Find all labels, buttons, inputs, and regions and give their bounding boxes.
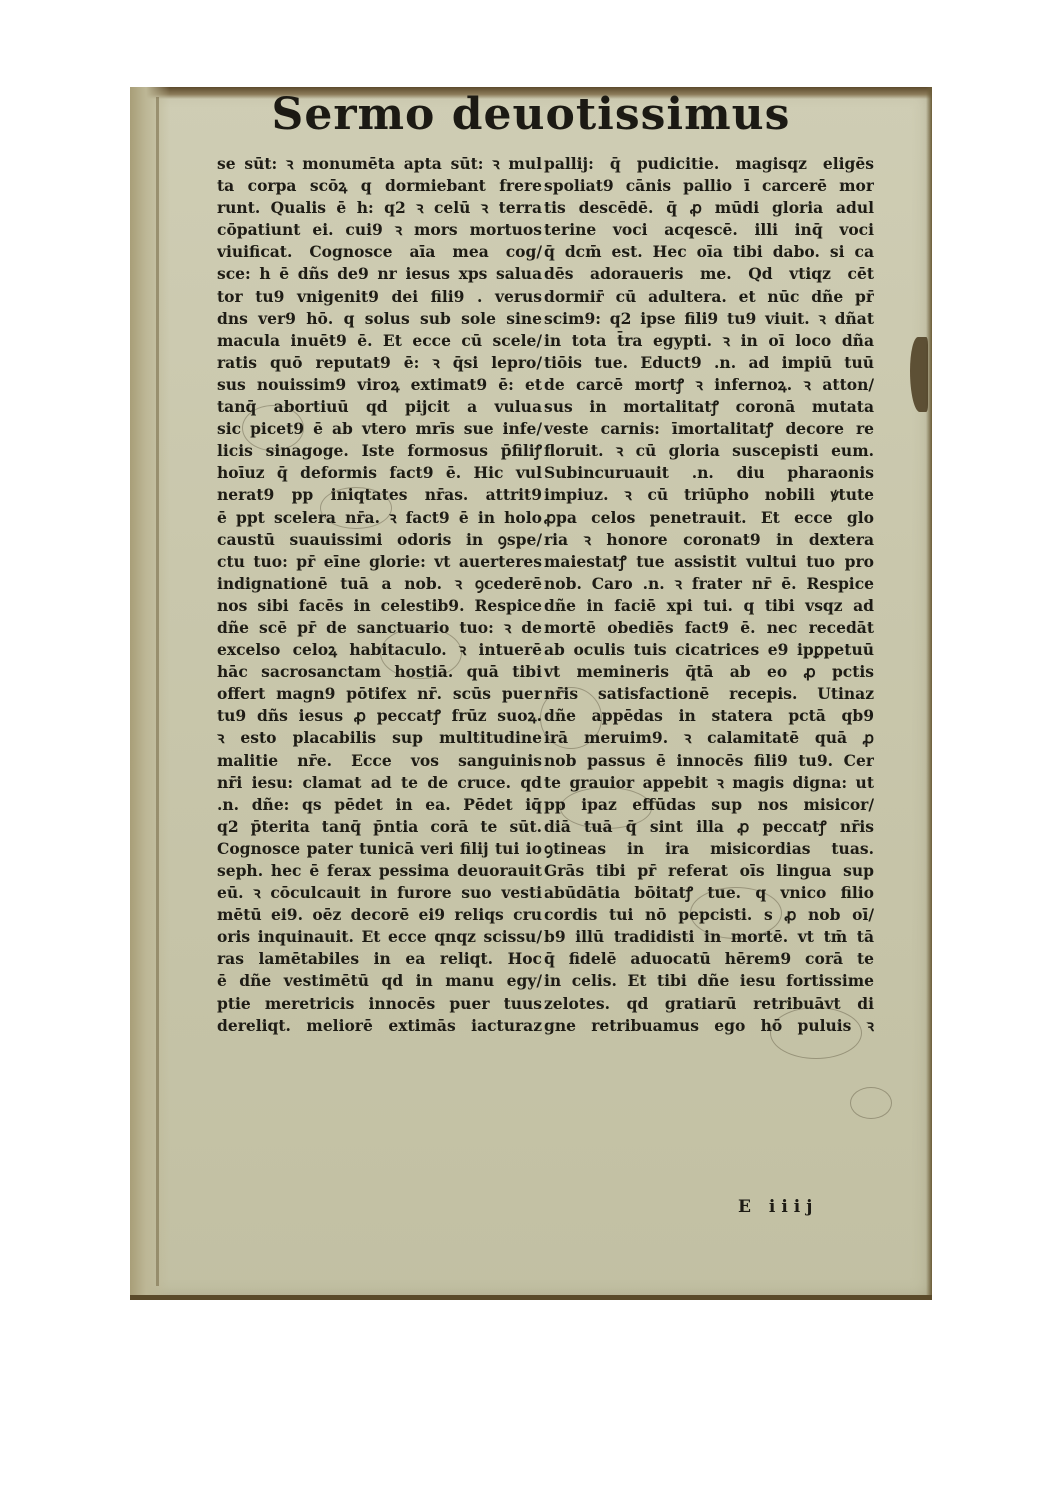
text-line: pp ipaz effūdas sup nos misicor/ <box>544 794 874 816</box>
text-line: tu9 dñs iesus ꝓ peccatꝭ frūz suoꝝ. <box>217 705 542 727</box>
text-line: in celis. Et tibi dñe iesu fortissime <box>544 970 874 992</box>
text-line: dñe appēdas in statera pctā qb9 <box>544 705 874 727</box>
page-gutter <box>130 87 170 1300</box>
text-line: dereliqt. meliorē extimās iacturaz <box>217 1015 542 1037</box>
text-line: irā meruim9. ꝛ calamitatē quā ꝓ <box>544 727 874 749</box>
text-line: in tota t̄ra egypti. ꝛ in oī loco dña <box>544 330 874 352</box>
text-line: nob. Caro .n. ꝛ frater nr̄ ē. Respice <box>544 573 874 595</box>
page-right-edge <box>926 87 932 1300</box>
text-line: hāc sacrosanctam hostiā. quā tibi <box>217 661 542 683</box>
text-line: Subincuruauit .n. diu pharaonis <box>544 462 874 484</box>
text-line: viuificat. Cognosce aīa mea cog/ <box>217 241 542 263</box>
text-line: mortē obediēs fact9 ē. nec recedāt <box>544 617 874 639</box>
text-line: abūdātia bōitatꝭ tue. q vnico filio <box>544 882 874 904</box>
text-line: terine voci acqescē. illi inq̄ voci <box>544 219 874 241</box>
text-line: seph. hec ē ferax pessima deuorauit <box>217 860 542 882</box>
text-line: dns ver9 hō. q solus sub sole sine <box>217 308 542 330</box>
text-line: dñe in faciē xpi tui. q tibi vsqz ad <box>544 595 874 617</box>
text-line: indignationē tuā a nob. ꝛ ꝯcederē <box>217 573 542 595</box>
text-line: tor tu9 vnigenit9 dei fili9 . verus <box>217 286 542 308</box>
text-line: tiōis tue. Educt9 .n. ad impiū tuū <box>544 352 874 374</box>
watermark-mark <box>850 1087 892 1119</box>
text-line: te grauior appebit ꝛ magis digna: ut <box>544 772 874 794</box>
page-header-title: Sermo deuotissimus <box>130 89 932 140</box>
text-line: hoīuz q̄ deformis fact9 ē. Hic vul <box>217 462 542 484</box>
signature-mark: E iiij <box>738 1197 818 1217</box>
text-line: q̄ dcm̄ est. Hec oīa tibi dabo. si ca <box>544 241 874 263</box>
text-line: ta corpa scōꝝ q dormiebant frere <box>217 175 542 197</box>
text-column-right: pallij: q̄ pudicitie. magisqz eligēsspol… <box>544 153 874 1037</box>
text-line: vt memineris q̄tā ab eo ꝓ pctis <box>544 661 874 683</box>
text-line: b9 illū tradidisti in mortē. vt tm̄ tā <box>544 926 874 948</box>
text-line: .n. dñe: qs pēdet in ea. Pēdet iq̄ <box>217 794 542 816</box>
text-line: sus in mortalitatꝭ coronā mutata <box>544 396 874 418</box>
text-line: sce: h ē dñs de9 nr iesus xps salua <box>217 263 542 285</box>
text-line: cordis tui nō pepcisti. s ꝓ nob oī/ <box>544 904 874 926</box>
text-line: ꝓpa celos penetrauit. Et ecce glo <box>544 507 874 529</box>
text-line: tis descēdē. q̄ ꝓ mūdi gloria adul <box>544 197 874 219</box>
text-line: oris inquinauit. Et ecce qnqz scissu/ <box>217 926 542 948</box>
page-bottom-edge <box>130 1295 932 1300</box>
text-line: offert magn9 pōtifex nr̄. scūs puer <box>217 683 542 705</box>
text-line: de carcē mortꝭ ꝛ infernoꝝ. ꝛ atton/ <box>544 374 874 396</box>
text-line: q2 p̄terita tanq̄ p̄ntia corā te sūt. <box>217 816 542 838</box>
text-column-left: se sūt: ꝛ monumēta apta sūt: ꝛ multa cor… <box>217 153 542 1037</box>
manuscript-page: Sermo deuotissimus se sūt: ꝛ monumēta ap… <box>130 87 932 1300</box>
text-line: ab oculis tuis cicatrices e9 ipꝑpetuū <box>544 639 874 661</box>
text-line: Cognosce pater tunicā veri filij tui io <box>217 838 542 860</box>
text-line: eū. ꝛ cōculcauit in furore suo vesti <box>217 882 542 904</box>
text-line: floruit. ꝛ cū gloria suscepisti eum. <box>544 440 874 462</box>
text-line: ꝯtineas in ira misicordias tuas. <box>544 838 874 860</box>
text-line: nerat9 pp iniqtates nr̄as. attrit9 <box>217 484 542 506</box>
text-line: sus nouissim9 viroꝝ extimat9 ē: et <box>217 374 542 396</box>
paper-stain <box>910 337 928 412</box>
text-line: tanq̄ abortiuū qd pijcit a vulua <box>217 396 542 418</box>
text-line: zelotes. qd gratiarū retribuāvt di <box>544 993 874 1015</box>
text-line: runt. Qualis ē h: q2 ꝛ celū ꝛ terra <box>217 197 542 219</box>
text-line: nos sibi facēs in celestib9. Respice <box>217 595 542 617</box>
text-line: mētū ei9. oēz decorē ei9 reliqs cru <box>217 904 542 926</box>
text-line: nr̄is satisfactionē recepis. Utinaz <box>544 683 874 705</box>
text-line: macula inuēt9 ē. Et ecce cū scele/ <box>217 330 542 352</box>
text-line: nob passus ē innocēs fili9 tu9. Cer <box>544 750 874 772</box>
text-line: maiestatꝭ tue assistit vultui tuo pro <box>544 551 874 573</box>
text-line: ē dñe vestimētū qd in manu egy/ <box>217 970 542 992</box>
text-line: ras lamētabiles in ea reliqt. Hoc <box>217 948 542 970</box>
text-line: malitie nr̄e. Ecce vos sanguinis <box>217 750 542 772</box>
text-line: gne retribuamus ego hō puluis ꝛ <box>544 1015 874 1037</box>
text-line: ptie meretricis innocēs puer tuus <box>217 993 542 1015</box>
text-line: sic picet9 ē ab vtero mrīs sue infe/ <box>217 418 542 440</box>
text-line: Grās tibi pr̄ referat oīs lingua sup <box>544 860 874 882</box>
text-line: spoliat9 cānis pallio ī carcerē mor <box>544 175 874 197</box>
text-line: veste carnis: īmortalitatꝭ decore re <box>544 418 874 440</box>
text-line: scim9: q2 ipse fili9 tu9 viuit. ꝛ dñat <box>544 308 874 330</box>
text-line: diā tuā q̄ sint illa ꝓ peccatꝭ nr̄is <box>544 816 874 838</box>
text-line: excelso celoꝝ habitaculo. ꝛ intuerē <box>217 639 542 661</box>
text-line: ctu tuo: pr̄ eīne glorie: vt auerteres <box>217 551 542 573</box>
text-line: dñe scē pr̄ de sanctuario tuo: ꝛ de <box>217 617 542 639</box>
text-line: licis sinagoge. Iste formosus p̄filiꝭ <box>217 440 542 462</box>
text-line: q̄ fidelē aduocatū hērem9 corā te <box>544 948 874 970</box>
text-line: ria ꝛ honore coronat9 in dextera <box>544 529 874 551</box>
text-line: dēs adoraueris me. Qd vtiqz cēt <box>544 263 874 285</box>
text-line: ē ppt scelera nr̄a. ꝛ fact9 ē in holo <box>217 507 542 529</box>
text-line: pallij: q̄ pudicitie. magisqz eligēs <box>544 153 874 175</box>
text-line: se sūt: ꝛ monumēta apta sūt: ꝛ mul <box>217 153 542 175</box>
text-line: ratis quō reputat9 ē: ꝛ q̄si lepro/ <box>217 352 542 374</box>
text-line: dormir̄ cū adultera. et nūc dñe pr̄ <box>544 286 874 308</box>
text-line: caustū suauissimi odoris in ꝯspe/ <box>217 529 542 551</box>
text-line: ꝛ esto placabilis sup multitudine <box>217 727 542 749</box>
text-line: nr̄i iesu: clamat ad te de cruce. qd <box>217 772 542 794</box>
text-line: cōpatiunt ei. cui9 ꝛ mors mortuos <box>217 219 542 241</box>
text-line: impiuz. ꝛ cū triūpho nobili ꝟtute <box>544 484 874 506</box>
